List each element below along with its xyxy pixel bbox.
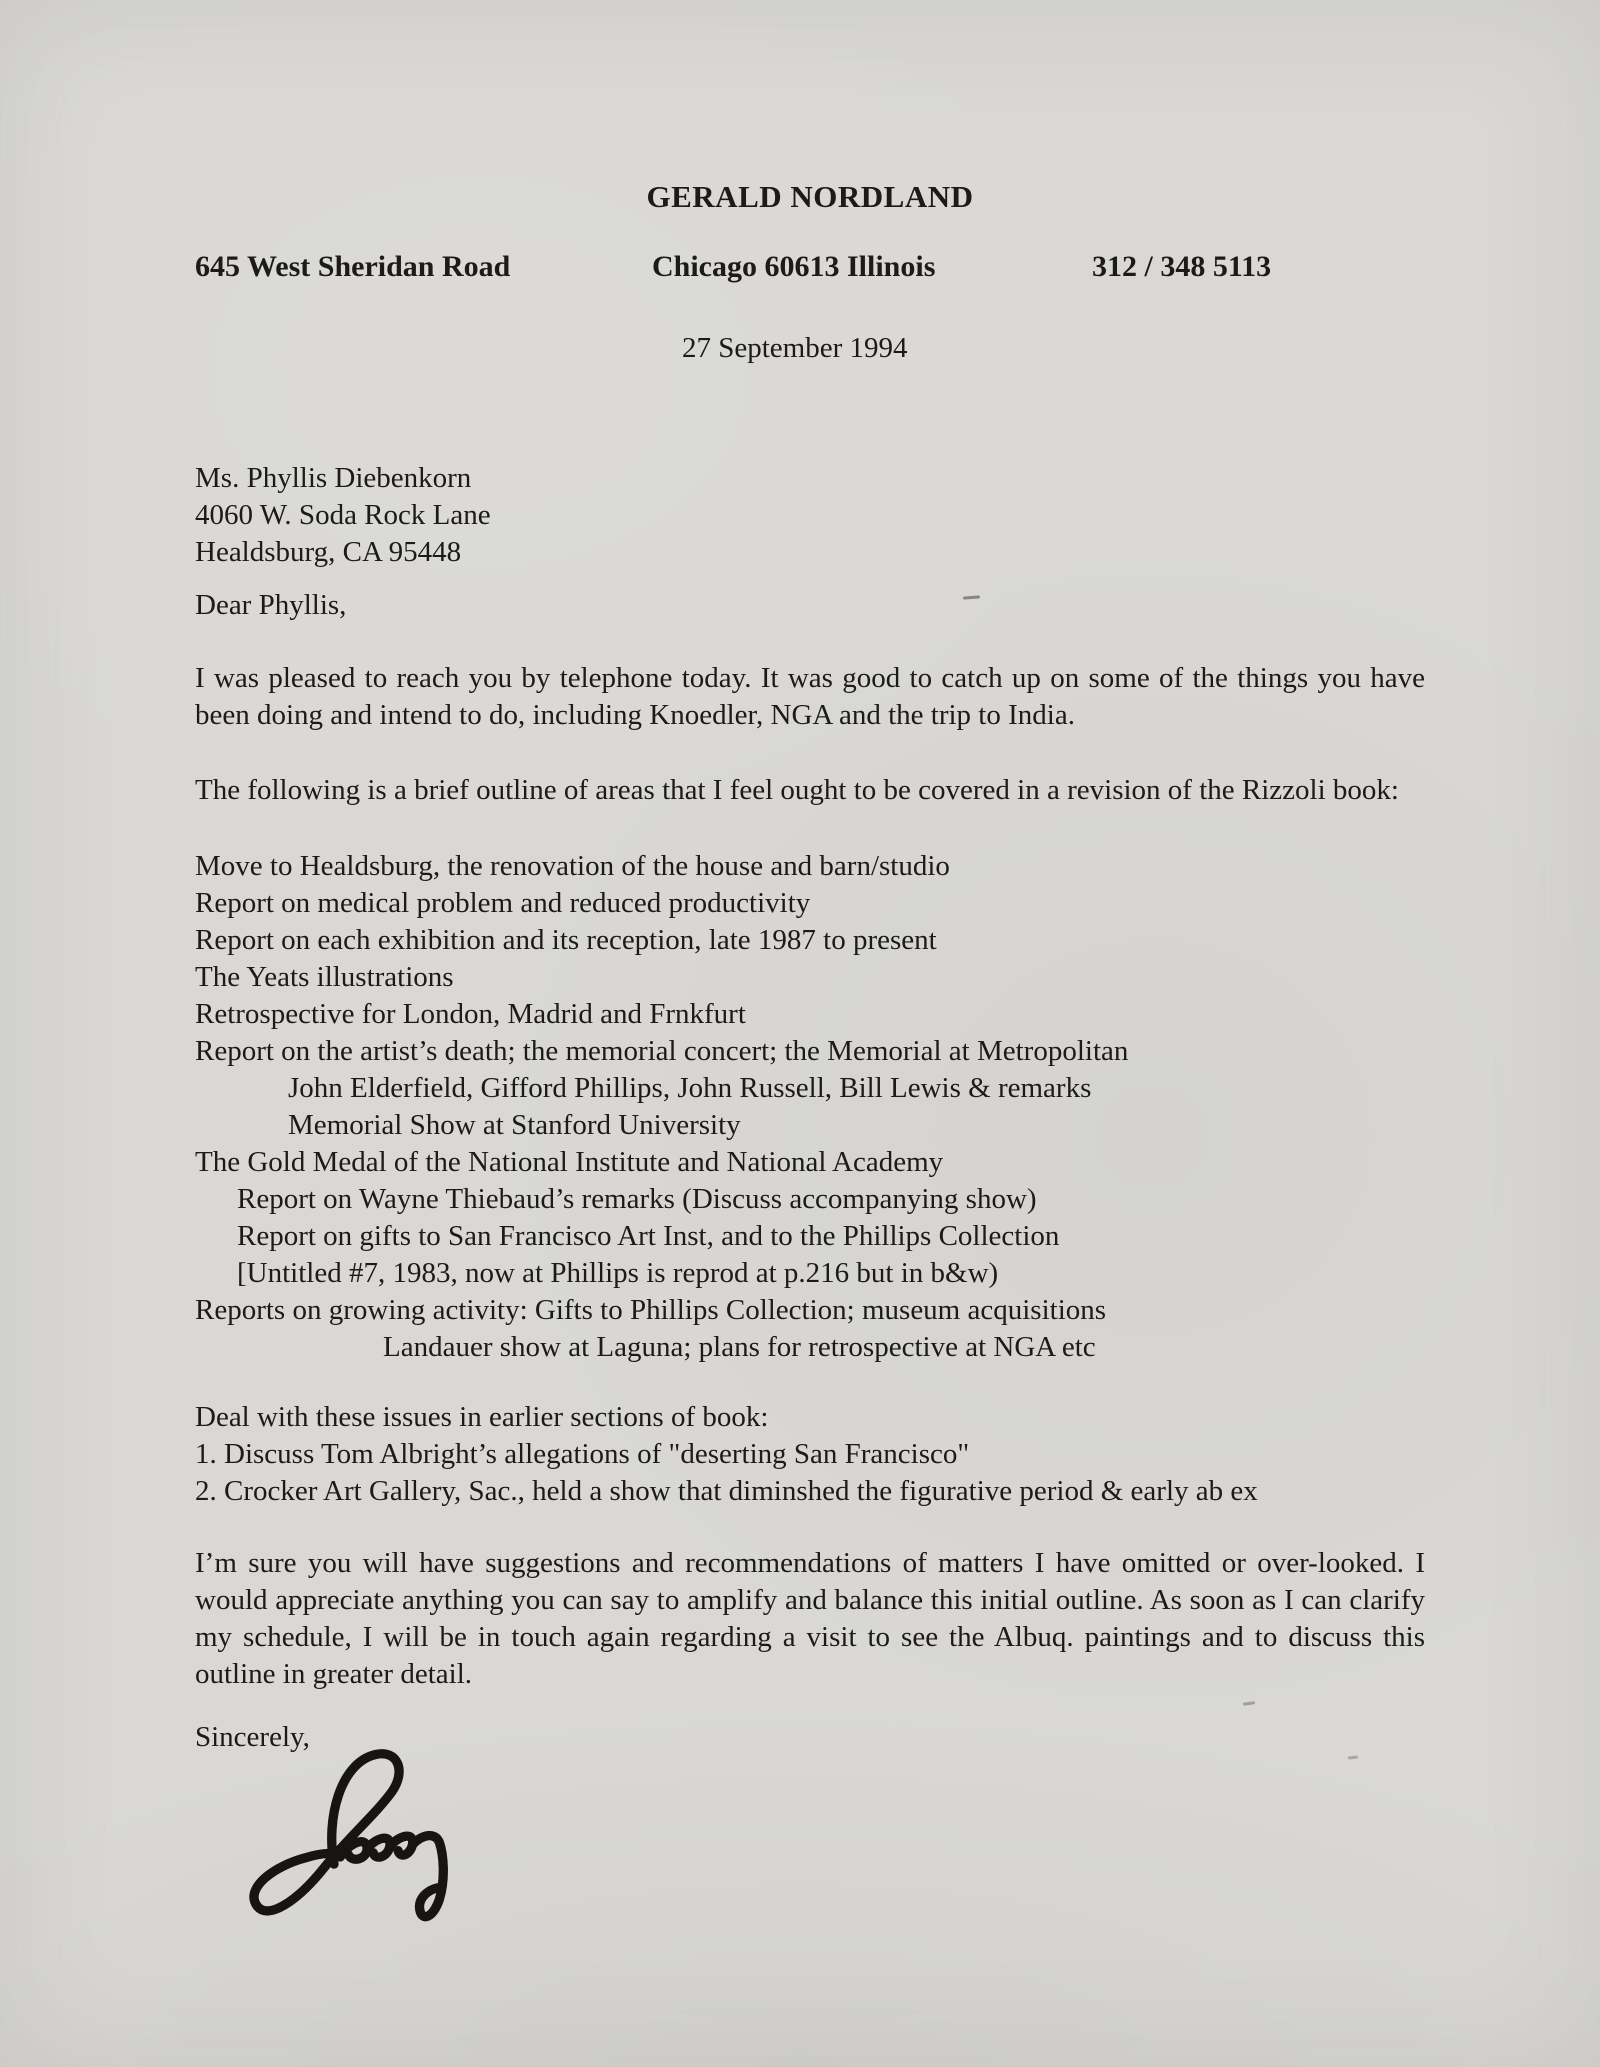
salutation: Dear Phyllis, bbox=[195, 587, 1425, 624]
issues-item-1: 1. Discuss Tom Albright’s allegations of… bbox=[195, 1436, 1425, 1473]
outline-item: Move to Healdsburg, the renovation of th… bbox=[195, 848, 1425, 885]
issues-intro: Deal with these issues in earlier sectio… bbox=[195, 1399, 1425, 1436]
outline-subitem: Report on gifts to San Francisco Art Ins… bbox=[195, 1218, 1425, 1255]
date-line: 27 September 1994 bbox=[682, 330, 1425, 367]
paragraph-intro: I was pleased to reach you by telephone … bbox=[195, 660, 1425, 734]
outline-subitem: [Untitled #7, 1983, now at Phillips is r… bbox=[195, 1255, 1425, 1292]
recipient-name: Ms. Phyllis Diebenkorn bbox=[195, 460, 1425, 497]
letterhead-street: 645 West Sheridan Road bbox=[195, 248, 652, 285]
letter-page: GERALD NORDLAND 645 West Sheridan Road C… bbox=[0, 0, 1600, 2067]
letterhead-city: Chicago 60613 Illinois bbox=[652, 248, 1092, 285]
recipient-address-block: Ms. Phyllis Diebenkorn 4060 W. Soda Rock… bbox=[195, 460, 1425, 571]
issues-item-2: 2. Crocker Art Gallery, Sac., held a sho… bbox=[195, 1473, 1425, 1510]
outline-item: The Gold Medal of the National Institute… bbox=[195, 1144, 1425, 1181]
letterhead-phone: 312 / 348 5113 bbox=[1092, 248, 1425, 285]
outline-subitem: Memorial Show at Stanford University bbox=[195, 1107, 1425, 1144]
outline-subitem: Landauer show at Laguna; plans for retro… bbox=[195, 1329, 1425, 1366]
outline-item: Report on medical problem and reduced pr… bbox=[195, 885, 1425, 922]
outline-subitem: John Elderfield, Gifford Phillips, John … bbox=[195, 1070, 1425, 1107]
letterhead-name: GERALD NORDLAND bbox=[195, 0, 1425, 215]
letterhead-contact-row: 645 West Sheridan Road Chicago 60613 Ill… bbox=[195, 248, 1425, 285]
issues-section: Deal with these issues in earlier sectio… bbox=[195, 1399, 1425, 1510]
outline-item: Report on the artist’s death; the memori… bbox=[195, 1033, 1425, 1070]
outline-item: Report on each exhibition and its recept… bbox=[195, 922, 1425, 959]
recipient-street: 4060 W. Soda Rock Lane bbox=[195, 497, 1425, 534]
outline-subitem: Report on Wayne Thiebaud’s remarks (Disc… bbox=[195, 1181, 1425, 1218]
outline-item: The Yeats illustrations bbox=[195, 959, 1425, 996]
scan-artifact bbox=[1348, 1755, 1358, 1759]
paragraph-closing: I’m sure you will have suggestions and r… bbox=[195, 1545, 1425, 1693]
handwritten-signature-jerry bbox=[210, 1742, 520, 1949]
outline-list: Move to Healdsburg, the renovation of th… bbox=[195, 848, 1425, 1366]
recipient-city: Healdsburg, CA 95448 bbox=[195, 534, 1425, 571]
outline-item: Reports on growing activity: Gifts to Ph… bbox=[195, 1292, 1425, 1329]
outline-item: Retrospective for London, Madrid and Frn… bbox=[195, 996, 1425, 1033]
paragraph-outline-lead: The following is a brief outline of area… bbox=[195, 772, 1425, 809]
letter-content: GERALD NORDLAND 645 West Sheridan Road C… bbox=[195, 0, 1425, 1756]
